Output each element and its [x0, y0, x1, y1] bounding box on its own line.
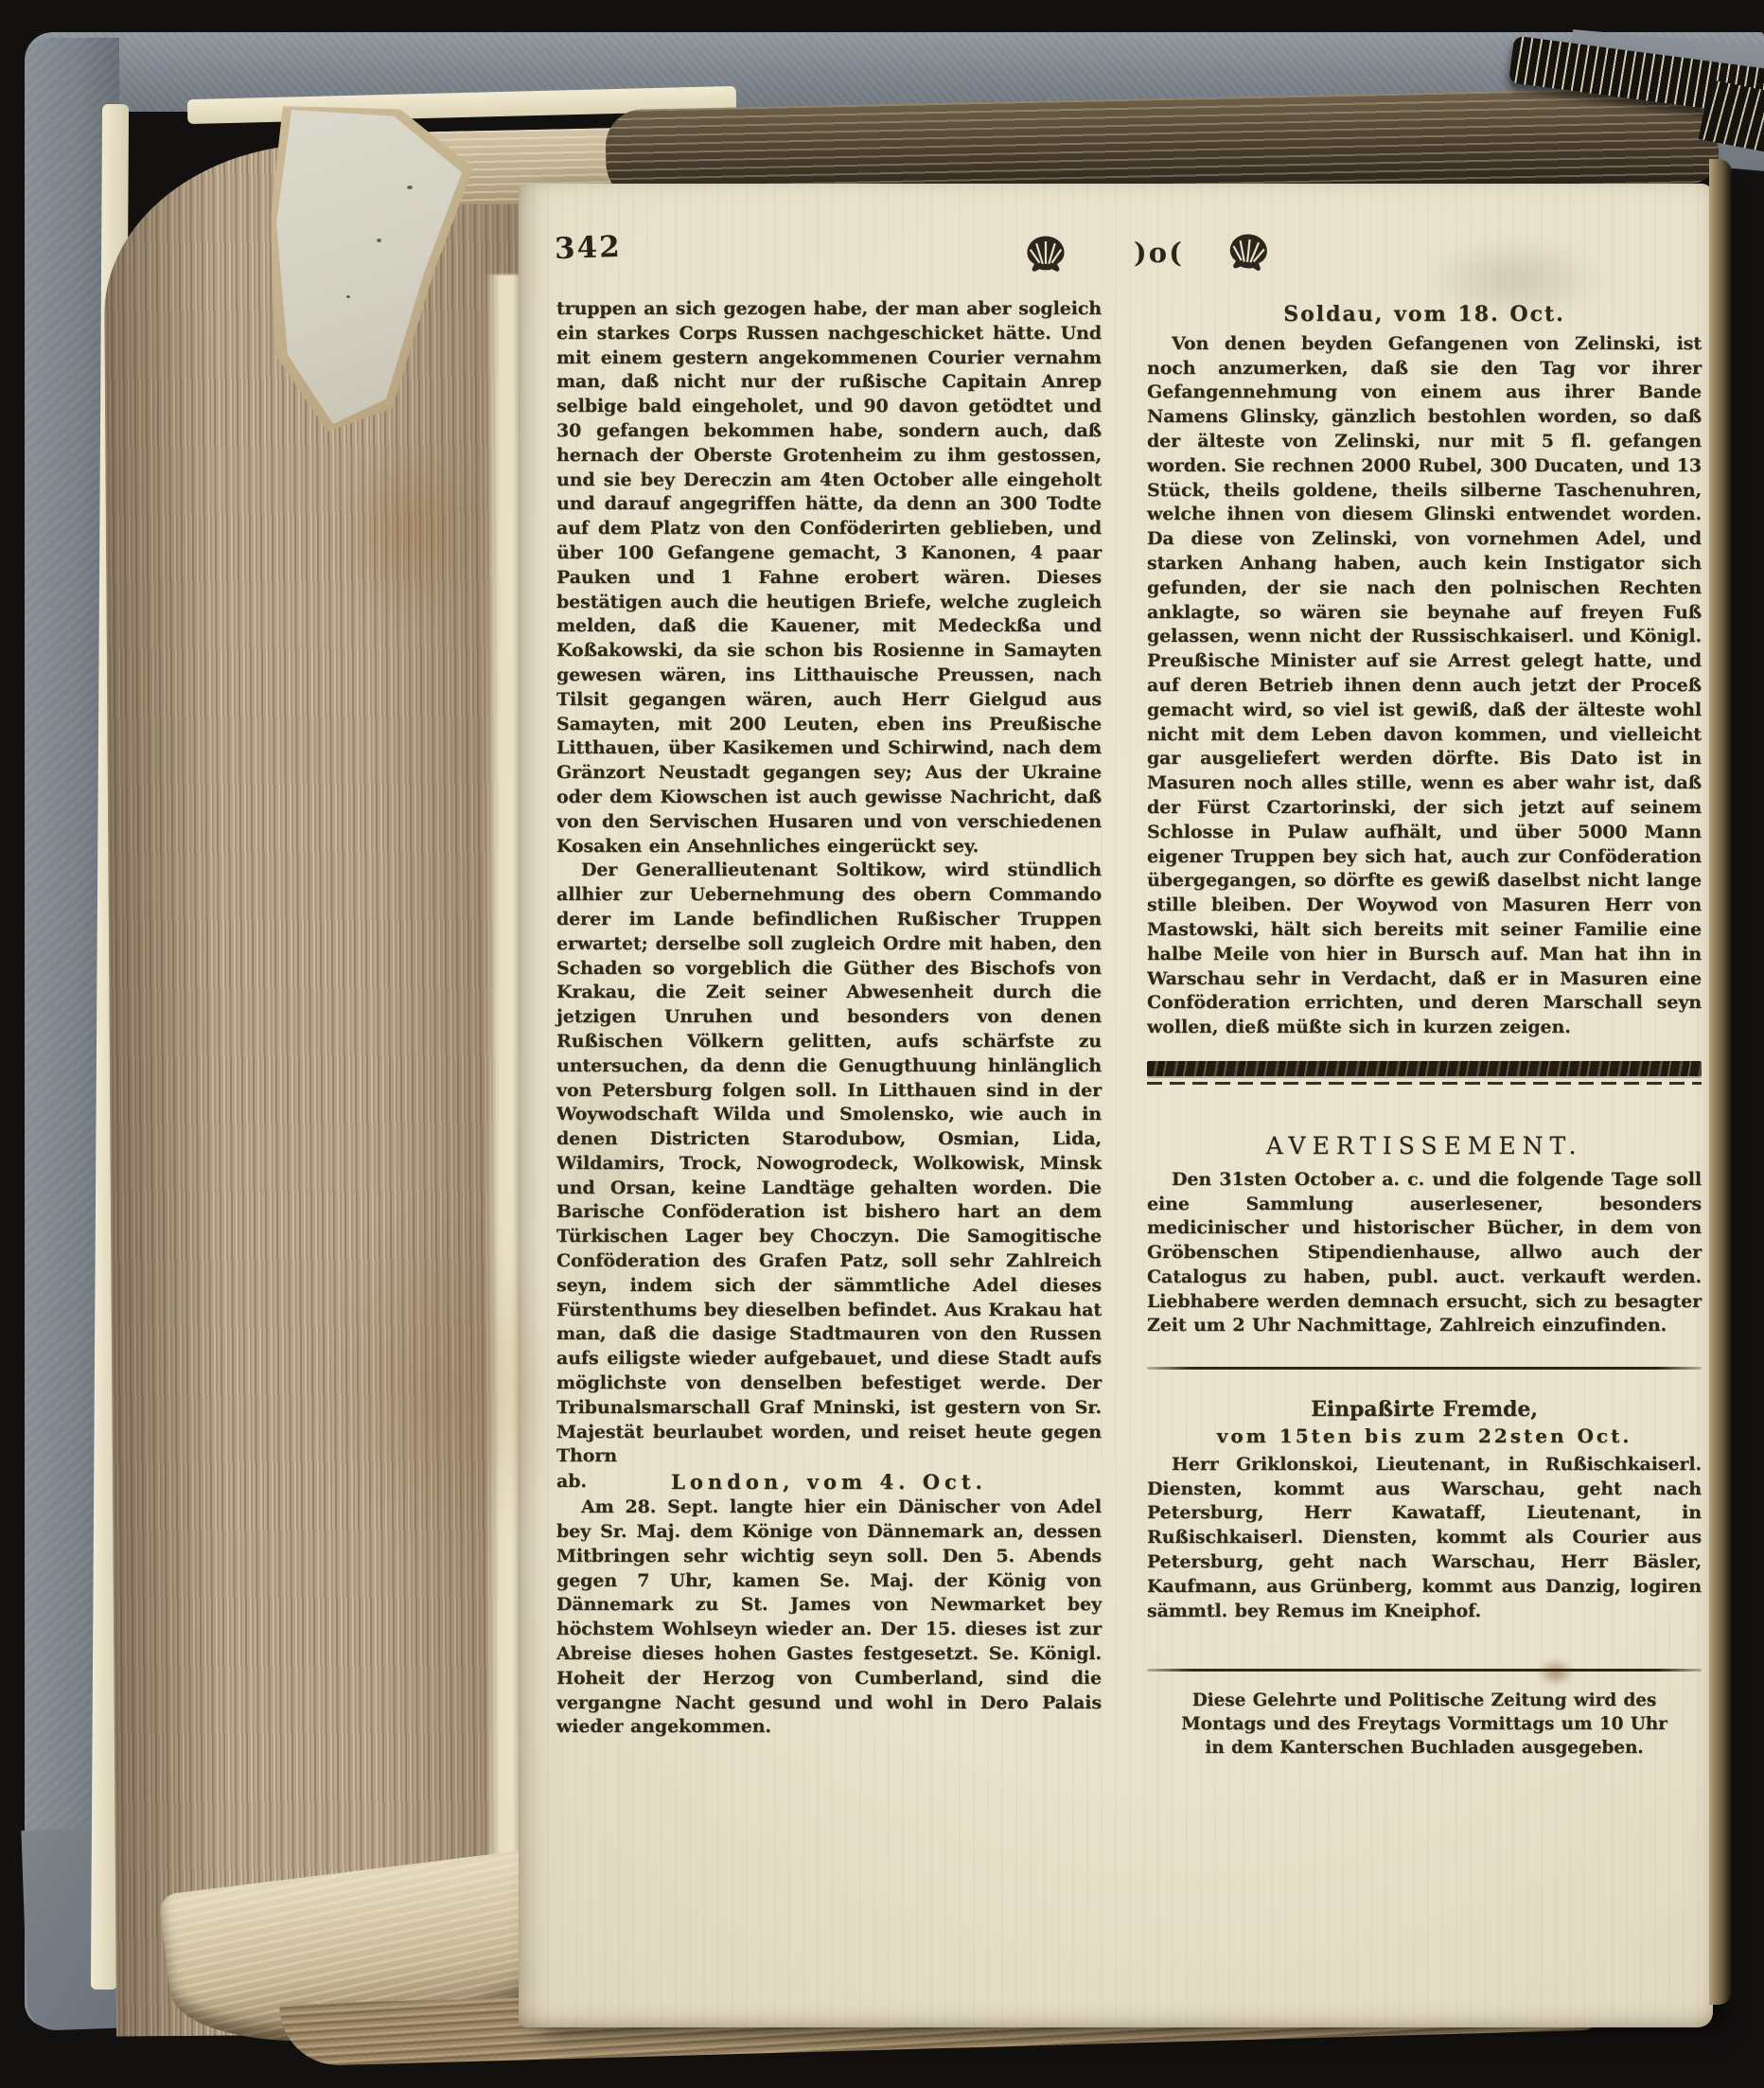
- ornament-separator: )o(: [1134, 237, 1184, 269]
- stain-top-left: [307, 398, 515, 663]
- fremde-subheading: vom 15ten bis zum 22sten Oct.: [1147, 1424, 1702, 1449]
- fremde-heading: Einpaßirte Fremde,: [1147, 1398, 1702, 1423]
- fleuron-icon: [1022, 233, 1069, 278]
- fleuron-icon: [1223, 229, 1275, 279]
- page-number: 342: [554, 230, 622, 266]
- imprint-footer: Diese Gelehrte und Politische Zeitung wi…: [1147, 1689, 1702, 1760]
- right-column: Soldau, vom 18. Oct. Von denen beyden Ge…: [1147, 303, 1702, 1760]
- avertissement-body: Den 31sten October a. c. und die folgend…: [1147, 1168, 1702, 1339]
- scanned-book-page: 342 )o( truppen an sich gezogen habe, de…: [0, 0, 1764, 2088]
- london-dateline: ab. London, vom 4. Oct.: [556, 1470, 1102, 1495]
- section-rule: [1147, 1669, 1702, 1672]
- page-right-fore-edge: [1709, 159, 1732, 2005]
- left-paragraph-1: truppen an sich gezogen habe, der man ab…: [556, 297, 1102, 858]
- soldau-body: Von denen beyden Gefangenen von Zelinski…: [1147, 332, 1702, 1040]
- dateline-pre: ab.: [556, 1470, 587, 1495]
- section-rule: [1147, 1367, 1702, 1370]
- avertissement-heading: AVERTISSEMENT.: [1147, 1134, 1702, 1159]
- ink-speck: [377, 239, 381, 242]
- fremde-body: Herr Griklonskoi, Lieutenant, in Rußisch…: [1147, 1453, 1702, 1624]
- ornamental-divider-underline: [1147, 1082, 1702, 1085]
- ornamental-divider-bar: [1147, 1061, 1702, 1076]
- london-body: Am 28. Sept. langte hier ein Dänischer v…: [556, 1495, 1102, 1740]
- ink-speck: [346, 295, 350, 298]
- ink-speck: [407, 186, 413, 189]
- left-paragraph-2: Der Generallieutenant Soltikow, wird stü…: [556, 858, 1102, 1469]
- left-column: truppen an sich gezogen habe, der man ab…: [556, 297, 1102, 1740]
- london-heading: London, vom 4. Oct.: [556, 1470, 1102, 1495]
- soldau-heading: Soldau, vom 18. Oct.: [1147, 303, 1702, 327]
